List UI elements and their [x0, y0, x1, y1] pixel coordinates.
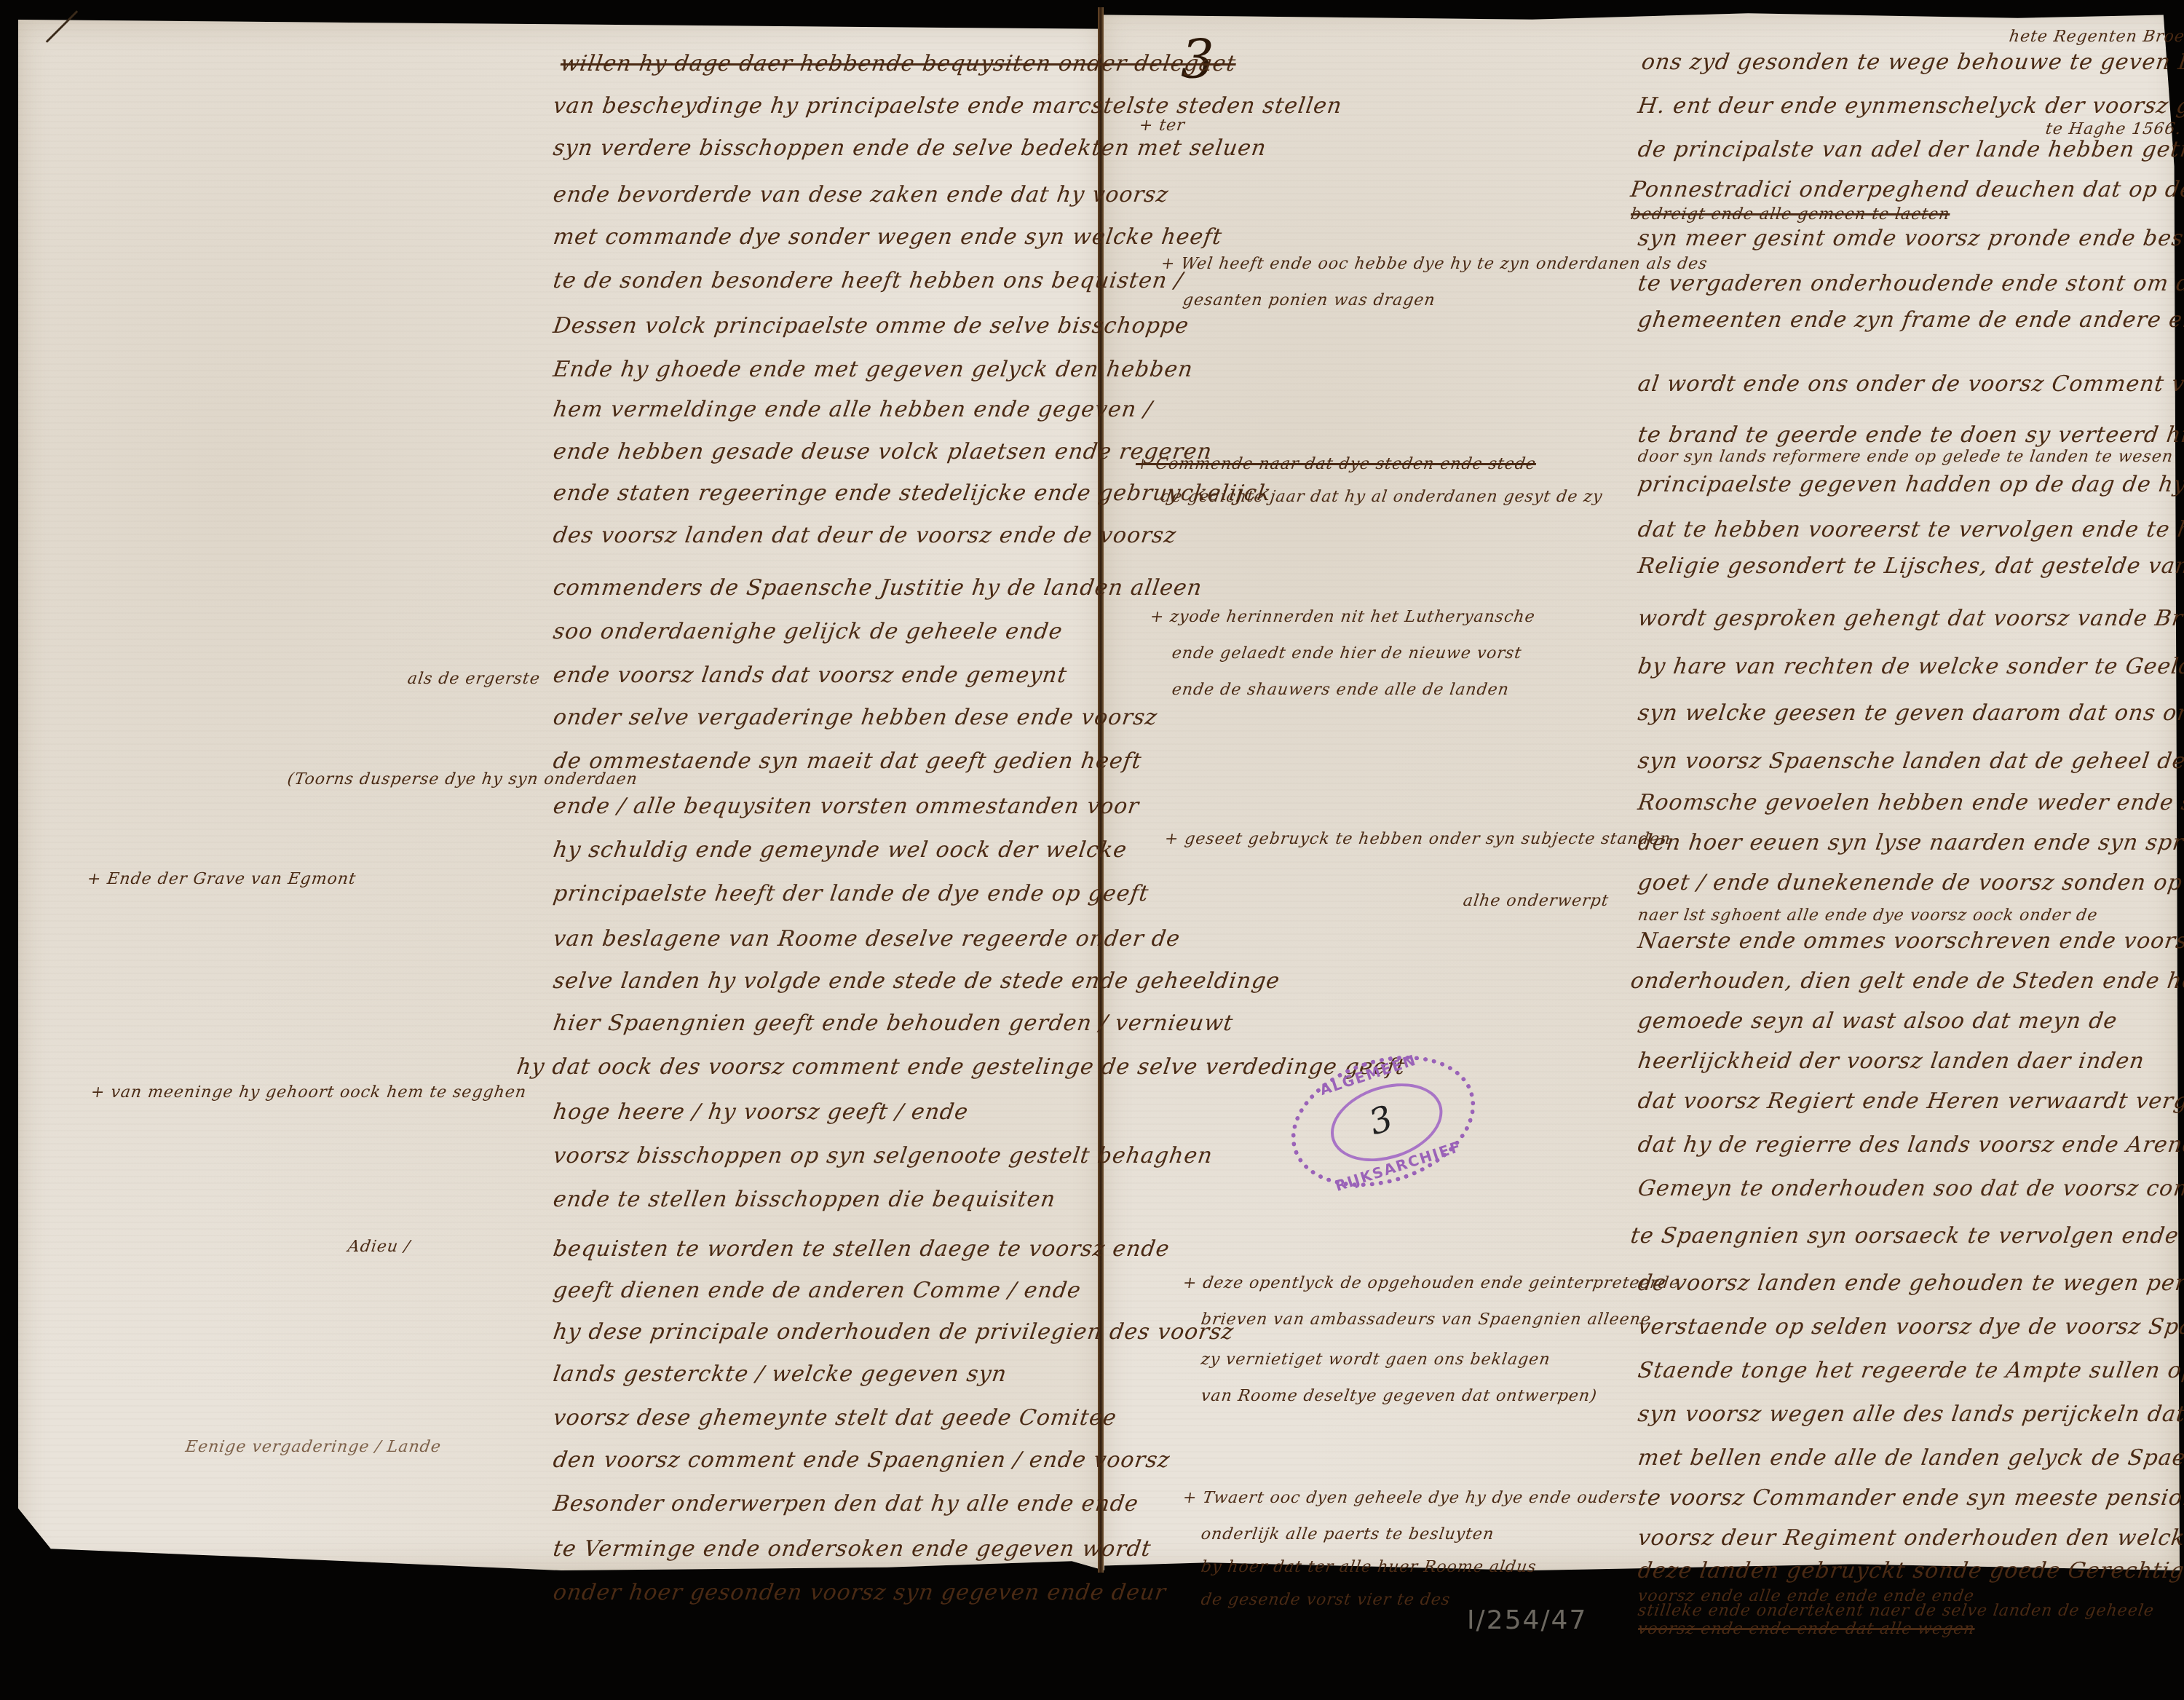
text-line: by hoer dat ter alle huer Roome aldus — [1200, 1558, 1538, 1576]
margin-note: + van meeninge hy gehoort oock hem te se… — [90, 1083, 528, 1102]
text-line: dat voorsz Regiert ende Heren verwaardt … — [1637, 1088, 2184, 1114]
text-line: goet / ende dunekenende de voorsz sonden… — [1637, 870, 2184, 896]
text-line: de principalste van adel der lande hebbe… — [1637, 137, 2184, 162]
text-line: te Verminge ende ondersoken ende gegeven… — [552, 1536, 1153, 1562]
text-line: stilleke ende ondertekent naer de selve … — [1637, 1602, 2155, 1620]
text-line: voorsz dese ghemeynte stelt dat geede Co… — [552, 1405, 1119, 1431]
text-line: H. ent deur ende eynmenschelyck der voor… — [1637, 93, 2184, 119]
text-line: voorsz deur Regiment onderhouden den wel… — [1637, 1525, 2184, 1551]
text-line: zy vernietiget wordt gaen ons beklagen — [1200, 1351, 1551, 1369]
text-line: bequisten te worden te stellen daege te … — [552, 1236, 1172, 1262]
text-line: + zyode herinnerden nit het Lutheryansch… — [1149, 608, 1536, 626]
text-line: geeft dienen ende de anderen Comme / end… — [552, 1278, 1083, 1303]
text-line: hy dat oock des voorsz comment ende gest… — [515, 1054, 1407, 1080]
text-line: Roomsche gevoelen hebben ende weder ende… — [1637, 790, 2184, 815]
text-line: te Spaengnien syn oorsaeck te vervolgen … — [1629, 1223, 2184, 1249]
text-line: hy dese principale onderhouden de privil… — [552, 1319, 1236, 1345]
text-line: gemoede seyn al wast alsoo dat meyn de — [1637, 1008, 2119, 1034]
text-line: wordt gesproken gehengt dat voorsz vande… — [1637, 606, 2184, 631]
text-line: hem vermeldinge ende alle hebben ende ge… — [552, 397, 1155, 422]
text-line: al wordt ende ons onder de voorsz Commen… — [1637, 371, 2184, 397]
text-line: soo onderdaenighe gelijck de geheele end… — [552, 619, 1064, 644]
date-note: te Haghe 1566. — [2044, 120, 2183, 138]
text-line: by hare van rechten de welcke sonder te … — [1637, 654, 2184, 679]
text-line: te de sonden besondere heeft hebben ons … — [552, 268, 1185, 293]
text-line: met commande dye sonder wegen ende syn w… — [552, 224, 1224, 250]
text-line: dat te hebben vooreerst te vervolgen end… — [1637, 517, 2184, 542]
text-line: syn voorsz wegen alle des lands perijcke… — [1637, 1401, 2184, 1427]
text-line: lands gesterckte / welcke gegeven syn — [552, 1361, 1009, 1387]
text-line: Dessen volck principaelste omme de selve… — [552, 313, 1191, 339]
text-line: + geseet gebruyck te hebben onder syn su… — [1163, 830, 1672, 848]
text-line: onder hoer gesonden voorsz syn gegeven e… — [552, 1580, 1168, 1605]
text-line: onderlijk alle paerts te besluyten — [1200, 1525, 1495, 1543]
text-line: syn meer gesint omde voorsz pronde ende … — [1637, 226, 2184, 251]
text-line: syn voorsz Spaensche landen dat de gehee… — [1637, 748, 2184, 774]
text-line: selve landen hy volgde ende stede de ste… — [552, 968, 1282, 994]
text-line: ende gelaedt ende hier de nieuwe vorst — [1171, 644, 1523, 663]
text-line: des voorsz landen dat deur de voorsz end… — [552, 523, 1179, 548]
text-line: Religie gesondert te Lijsches, dat geste… — [1637, 553, 2184, 579]
text-line: brieven van ambassadeurs van Spaengnien … — [1200, 1310, 1652, 1329]
text-line: syn verdere bisschoppen ende de selve be… — [552, 135, 1268, 161]
text-line: te voorsz Commander ende syn meeste pens… — [1637, 1485, 2184, 1511]
text-line: te brand te geerde ende te doen sy verte… — [1637, 422, 2184, 448]
text-line: deze landen gebruyckt sonde goede Gerech… — [1637, 1558, 2184, 1584]
text-line: Ponnestradici onderpeghend deuchen dat o… — [1629, 177, 2184, 202]
text-line: dat hy de regierre des lands voorsz ende… — [1637, 1132, 2184, 1158]
text-line: Ende hy ghoede ende met gegeven gelyck d… — [552, 357, 1195, 382]
text-line: de voorsz landen ende gehouden te wegen … — [1637, 1270, 2184, 1296]
text-line: de gedichte jaar dat hy al onderdanen ge… — [1160, 488, 1604, 506]
text-line: gesanten ponien was dragen — [1182, 291, 1436, 309]
text-line: + Commende naar dat dye steden ende sted… — [1134, 455, 1537, 473]
archive-shelfmark: I/254/47 — [1467, 1605, 1587, 1635]
text-line: van beslagene van Roome deselve regeerde… — [552, 926, 1182, 952]
text-line: de ommestaende syn maeit dat geeft gedie… — [552, 748, 1144, 774]
text-line: Staende tonge het regeerde te Ampte sull… — [1637, 1358, 2184, 1383]
text-line: onder selve vergaderinge hebben dese end… — [552, 705, 1160, 730]
text-line: voorsz bisschoppen op syn selgenoote ges… — [552, 1143, 1214, 1169]
text-line: te vergaderen onderhoudende ende stont o… — [1637, 271, 2184, 296]
text-line: Naerste ende ommes voorschreven ende voo… — [1637, 928, 2184, 954]
text-line: principaelste heeft der lande de dye end… — [552, 881, 1151, 906]
text-line: hy schuldig ende gemeynde wel oock der w… — [552, 837, 1129, 863]
margin-note: + Ende der Grave van Egmont — [86, 870, 357, 888]
text-line: van bescheydinge hy principaelste ende m… — [552, 93, 1344, 119]
margin-note: + ter — [1138, 116, 1186, 135]
text-line: willen hy dage daer hebbende bequysiten … — [559, 51, 1238, 76]
text-line: ende / alle bequysiten vorsten ommestand… — [552, 794, 1142, 819]
text-line: naer lst sghoent alle ende dye voorsz oo… — [1637, 906, 2099, 925]
text-line: hier Spaengnien geeft ende behouden gerd… — [552, 1011, 1235, 1036]
text-line: voorsz ende ende ende dat alle wegen — [1637, 1620, 1976, 1638]
margin-note: (Toorns dusperse dye hy syn onderdaen — [286, 770, 638, 788]
text-line: commenders de Spaensche Justitie hy de l… — [552, 575, 1204, 601]
text-line: de gesende vorst vier te des — [1200, 1591, 1452, 1609]
text-line: + deze opentlyck de opgehouden ende gein… — [1182, 1274, 1681, 1292]
text-line: ende bevorderde van dese zaken ende dat … — [552, 182, 1171, 207]
text-line: met bellen ende alle de landen gelyck de… — [1637, 1445, 2184, 1471]
margin-note: Eenige vergaderinge / Lande — [184, 1438, 442, 1456]
text-line: + Wel heeft ende ooc hebbe dye hy te zyn… — [1160, 255, 1709, 273]
text-line: ons zyd gesonden te wege behouwe te geve… — [1640, 50, 2184, 75]
text-line: Besonder onderwerpen den dat hy alle end… — [552, 1491, 1141, 1517]
text-line: den hoer eeuen syn lyse naarden ende syn… — [1637, 830, 2184, 855]
text-line: heerlijckheid der voorsz landen daer ind… — [1637, 1048, 2146, 1074]
text-line: onderhouden, dien gelt ende de Steden en… — [1629, 968, 2184, 994]
margin-note: als de ergerste — [406, 670, 541, 688]
text-line: ende de shauwers ende alle de landen — [1171, 681, 1510, 699]
text-line: ende voorsz lands dat voorsz ende gemeyn… — [552, 663, 1069, 688]
text-line: door syn lands reformere ende op gelede … — [1637, 448, 2174, 466]
text-line: ghemeenten ende zyn frame de ende andere… — [1637, 307, 2184, 333]
text-line: + Twaert ooc dyen geheele dye hy dye end… — [1182, 1489, 1638, 1507]
margin-note: Adieu / — [347, 1238, 411, 1256]
text-line: van Roome deseltye gegeven dat ontwerpen… — [1200, 1387, 1598, 1405]
text-line: ende hebben gesade deuse volck plaetsen … — [552, 439, 1214, 464]
text-line: ende te stellen bisschoppen die bequisit… — [552, 1187, 1058, 1212]
text-line: den voorsz comment ende Spaengnien / end… — [552, 1447, 1172, 1473]
text-line: Gemeyn te onderhouden soo dat de voorsz … — [1637, 1176, 2184, 1201]
interlinear-note: hete Regenten Broeck — [2008, 28, 2184, 46]
text-line: alhe onderwerpt — [1462, 892, 1610, 910]
text-line: principaelste gegeven hadden op de dag d… — [1637, 472, 2184, 497]
text-line: hoge heere / hy voorsz geeft / ende — [552, 1099, 970, 1125]
text-line: bedreigt ende alle gemeen te laeten — [1629, 205, 1951, 224]
text-line: syn welcke geesen te geven daarom dat on… — [1637, 700, 2184, 726]
text-line: verstaende op selden voorsz dye de voors… — [1637, 1314, 2184, 1340]
